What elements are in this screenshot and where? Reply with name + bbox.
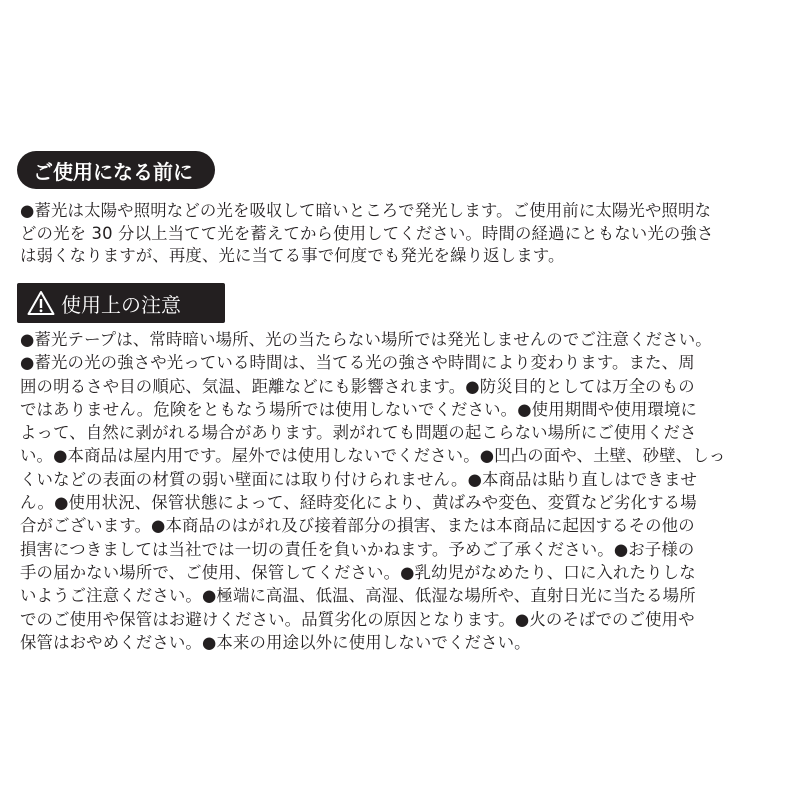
text-line: 囲の明るさや目の順応、気温、距離などにも影響されます。●防災目的としては万全のも… [20, 375, 786, 398]
text-line: ●蓄光テープは、常時暗い場所、光の当たらない場所では発光しませんのでご注意くださ… [20, 328, 786, 351]
text-line: でのご使用や保管はお避けください。品質劣化の原因となります。●火のそばでのご使用… [20, 608, 786, 631]
heading-before-use: ご使用になる前に [17, 151, 215, 189]
text-line: 合がございます。●本商品のはがれ及び接着部分の損害、または本商品に起因するその他… [20, 514, 786, 537]
text-line: は弱くなりますが、再度、光に当てる事で何度でも発光を繰り返します。 [20, 245, 786, 268]
text-line: 保管はおやめください。●本来の用途以外に使用しないでください。 [20, 631, 786, 654]
text-line: くいなどの表面の材質の弱い壁面には取り付けられません。●本商品は貼り直しはできま… [20, 468, 786, 491]
warning-triangle-icon [27, 290, 55, 316]
text-line: どの光を 30 分以上当てて光を蓄えてから使用してください。時間の経過にともない… [20, 223, 786, 246]
text-line: 手の届かない場所で、ご使用、保管してください。●乳幼児がなめたり、口に入れたりし… [20, 561, 786, 584]
text-line: 損害につきましては当社では一切の責任を負いかねます。予めご了承ください。●お子様… [20, 538, 786, 561]
text-line: い。●本商品は屋内用です。屋外では使用しないでください。●凹凸の面や、土壁、砂壁… [20, 444, 786, 467]
heading-caution-label: 使用上の注意 [61, 289, 181, 318]
text-line: よって、自然に剥がれる場合があります。剥がれても問題の起こらない場所にご使用くだ… [20, 421, 786, 444]
text-line: ●蓄光は太陽や照明などの光を吸収して暗いところで発光します。ご使用前に太陽光や照… [20, 200, 786, 223]
text-line: いようご注意ください。●極端に高温、低温、高湿、低湿な場所や、直射日光に当たる場… [20, 584, 786, 607]
heading-before-use-label: ご使用になる前に [33, 156, 193, 185]
text-line: ん。●使用状況、保管状態によって、経時変化により、黄ばみや変色、変質など劣化する… [20, 491, 786, 514]
before-use-paragraph: ●蓄光は太陽や照明などの光を吸収して暗いところで発光します。ご使用前に太陽光や照… [20, 200, 786, 268]
text-line: ではありません。危険をともなう場所では使用しないでください。●使用期間や使用環境… [20, 398, 786, 421]
heading-caution: 使用上の注意 [17, 283, 225, 323]
caution-paragraph: ●蓄光テープは、常時暗い場所、光の当たらない場所では発光しませんのでご注意くださ… [20, 328, 786, 654]
text-line: ●蓄光の光の強さや光っている時間は、当てる光の強さや時間により変わります。また、… [20, 351, 786, 374]
